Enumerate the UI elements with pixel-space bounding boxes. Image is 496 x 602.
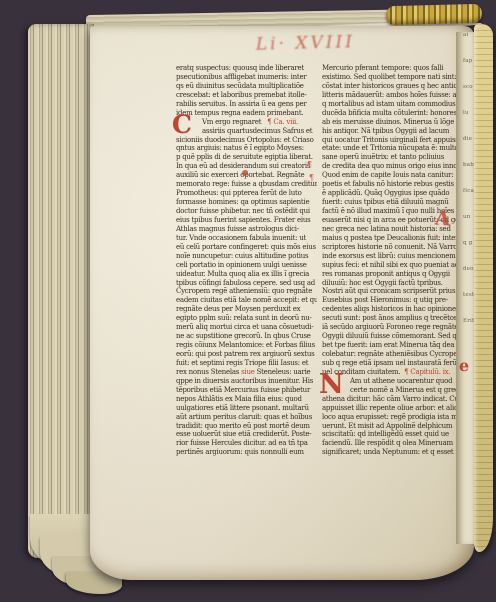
text-line: Cycropem regẽ atheniensiũ: quo regnãte xyxy=(176,287,317,296)
text-line: diluuiũ: hoc est Ogygii factũ tpribus. xyxy=(322,279,463,288)
text-line: rabilis seruitus. In assiria ũ ea gens p… xyxy=(176,100,317,109)
text-segment: faciendũ. Ille respõdit q olea Mineruam xyxy=(322,439,453,447)
text-line: celi portatio in opinionem uulgi uenisse xyxy=(176,261,317,270)
text-segment: tradidit: quo merito eũ post mortẽ deum xyxy=(176,422,310,430)
left-page-stack-fore-edge xyxy=(28,24,94,558)
text-line: merũ aliq mortui circa et uana cõsuetudi… xyxy=(176,323,317,332)
rubric-paraph-mark: ¶ xyxy=(309,174,314,182)
rubric-segment: ¶ Capitulũ. ix. xyxy=(404,368,450,376)
text-line: etate: unde et Tritonia nũcupata ẽ: mult… xyxy=(322,144,463,153)
text-line: secuti sunt: post ãnos amplius q trecẽto… xyxy=(322,314,463,323)
text-line: qppe in diuersis auctoribus inuenitur. H… xyxy=(176,377,317,386)
text-segment: appuisset illic repente oliue arbor: et … xyxy=(322,404,458,412)
text-segment: tẽporibus etiã Mercurius fuisse phibetur xyxy=(176,386,310,394)
text-segment: q mortalibus ad istam uitam commodius xyxy=(322,100,456,108)
edge-text-fragment: deos xyxy=(456,266,476,273)
text-segment: etate: unde et Tritonia nũcupata ẽ: mult… xyxy=(322,144,463,152)
text-segment: eratq suspectus: quousq inde liberaret xyxy=(176,64,304,72)
text-line: fuit: et septimi regis Triope filii Iasu… xyxy=(176,359,317,368)
text-segment: nec greca nec latina nouit historia: sed xyxy=(322,225,451,233)
text-segment: maius q postea tpe Deucalionis fuit: int… xyxy=(322,234,458,242)
handwritten-book-number: Li· XVIII xyxy=(256,31,387,64)
text-line: noĩe nuncupetur: cuius altitudine potius xyxy=(176,252,317,261)
text-line: psecutionibus affligebat inumeris: inter xyxy=(176,73,317,82)
text-line: eratq suspectus: quousq inde liberaret xyxy=(176,64,317,73)
text-line: sane operũ inuẽtrix: et tanto pcliuius xyxy=(322,153,463,162)
text-segment: In qua eũ ad desiderandum sui creatoris xyxy=(176,162,310,170)
text-line: ducẽda bñficia multa cõtulerint: honores xyxy=(322,109,463,118)
text-line: eius tpibus fuerint sapientes. Frater ei… xyxy=(176,216,317,225)
text-segment: qui uocatur Tritonis uirginali fert appu… xyxy=(322,136,463,144)
text-segment: tur. Vnde occasionem fabula inuenit: ut xyxy=(176,234,306,242)
text-line: loco aqua erupisset: regẽ prodigia ista … xyxy=(322,413,463,422)
edge-text-fragment: ai xyxy=(456,32,476,39)
edge-text-fragment: Erit xyxy=(456,318,476,325)
text-segment: Cycropem regẽ atheniensiũ: quo regnãte xyxy=(176,287,312,295)
text-line: uideatur. Multa quoq alia ex illis ĩ gre… xyxy=(176,270,317,279)
text-line: Mercurio pferant tempore: quos falli xyxy=(322,64,463,73)
text-segment: pertinẽs argiuorum: quis nonnulli eum xyxy=(176,448,304,456)
rubricated-initial-c: C xyxy=(172,112,192,137)
text-segment: ab eis meruisse diuinos. Minerua ũ lõge xyxy=(322,118,454,126)
text-segment: uideatur. Multa quoq alia ex illis ĩ gre… xyxy=(176,270,309,278)
text-segment: idem tempus regna eadem primebant. xyxy=(176,109,303,117)
text-line: uulgatiores etiã littere psonant. multar… xyxy=(176,404,317,413)
text-segment: poetis et fabulis nõ historie rebus gest… xyxy=(322,180,454,188)
text-line: ne ac supstitione grecorũ. In qbus Cruse xyxy=(176,332,317,341)
text-segment: qppe in diuersis auctoribus inuenitur. H… xyxy=(176,377,313,385)
text-segment: rabilis seruitus. In assiria ũ ea gens p… xyxy=(176,100,307,108)
text-line: significaret; unda Neptunum: et q esset … xyxy=(322,448,463,457)
text-segment: esse uoluerũt siue etiã crediderũt. Post… xyxy=(176,430,311,438)
text-segment: Quod enim de capite Iouis nata canitur: xyxy=(322,171,453,179)
text-line: res romanas proponit antiqus q Ogygii xyxy=(322,270,463,279)
text-segment: psecutionibus affligebat inumeris: inter xyxy=(176,73,306,81)
text-segment: cedentes aliqs historicos in hac opinion… xyxy=(322,305,456,313)
text-line: faciendũ. Ille respõdit q olea Mineruam xyxy=(322,439,463,448)
text-segment: diluuiũ: hoc est Ogygii factũ tpribus. xyxy=(322,279,443,287)
text-segment: memorato rege: fuisse a qbusdam creditur xyxy=(176,180,317,188)
next-page-rubricated-initial: e xyxy=(459,358,470,375)
headband-endband xyxy=(386,4,482,26)
text-line: p quẽ pplis di de seruitute egiptia libe… xyxy=(176,153,317,162)
open-book-page: Li· XVIII eratq suspectus: quousq inde l… xyxy=(90,26,474,580)
text-segment: fuit: et septimi regis Triope filii Iasu… xyxy=(176,359,308,367)
text-segment: regis cõiunx Melantomice: et Forbas fili… xyxy=(176,341,315,349)
text-line: appuisset illic repente oliue arbor: et … xyxy=(322,404,463,413)
text-column-right: Mercurio pferant tempore: quos falliexis… xyxy=(322,64,463,462)
text-line: q mortalibus ad istam uitam commodius xyxy=(322,100,463,109)
text-segment: secuti sunt: post ãnos amplius q trecẽto… xyxy=(322,314,457,322)
text-segment: merũ aliq mortui circa et uana cõsuetudi… xyxy=(176,323,313,331)
text-line: Promotheus: qui ppterea ferũt de luto xyxy=(176,189,317,198)
text-segment: inde exorsus est librũ: cuius mencionem xyxy=(322,252,456,260)
text-segment: uulgatiores etiã littere psonant. multar… xyxy=(176,404,309,412)
text-line: doctor fuisse phibetur. nec tñ ostẽdit q… xyxy=(176,207,317,216)
text-segment: formasse homines: qa optimus sapientie xyxy=(176,198,309,206)
text-segment: significaret; unda Neptunum: et q esset … xyxy=(322,448,462,456)
text-line: tur. Vnde occasionem fabula inuenit: ut xyxy=(176,234,317,243)
text-segment: egipto pplm suũ: relata sunt in deorũ nu… xyxy=(176,314,312,322)
text-line: Eusebius post Hieronimus: q utiq pre- xyxy=(322,296,463,305)
text-line: ab eis meruisse diuinos. Minerua ũ lõge xyxy=(322,118,463,127)
text-segment: p quẽ pplis di de seruitute egiptia libe… xyxy=(176,153,313,161)
text-line: Vm ergo regnaret ¶ Ca. viii. xyxy=(176,118,317,127)
text-line: assiriis quartusdecimus Safrus et xyxy=(176,127,317,136)
text-column-left: eratq suspectus: quousq inde liberaretps… xyxy=(176,64,317,462)
text-line: uerunt. Et misit ad Appolinẽ delphicum xyxy=(322,422,463,431)
text-line: pertinẽs argiuorum: quis nonnulli eum xyxy=(176,448,317,457)
text-line: eadem ciuitas etiã tale nomẽ accepit: et… xyxy=(176,296,317,305)
text-segment: eadem ciuitas etiã tale nomẽ accepit: et… xyxy=(176,296,317,304)
edge-text-fragment: un xyxy=(456,214,476,221)
text-line: cõstat inter historicos graues q hec ant… xyxy=(322,82,463,91)
text-segment: Promotheus: qui ppterea ferũt de luto xyxy=(176,189,302,197)
text-line: Nostri aũt qui cronicam scripserũt prius xyxy=(322,287,463,296)
text-segment: Eusebius post Hieronimus: q utiq pre- xyxy=(322,296,448,304)
text-line: eũ celũ portare confingeret: quis mõs ei… xyxy=(176,243,317,252)
text-line: Ogygii diluuiũ fuisse cõmemorant. Sed ql… xyxy=(322,332,463,341)
text-line: cedentes aliqs historicos in hac opinion… xyxy=(322,305,463,314)
text-segment: Am ut athene uocarentur quod xyxy=(350,377,452,385)
text-segment: noĩe nuncupetur: cuius altitudine potius xyxy=(176,252,308,260)
book-photograph: { "scene": { "background": "#39323d", "p… xyxy=(0,0,496,602)
text-line: formasse homines: qa optimus sapientie xyxy=(176,198,317,207)
text-line: idem tempus regna eadem primebant. xyxy=(176,109,317,118)
text-segment: uerunt. Et misit ad Appolinẽ delphicum xyxy=(322,422,452,430)
edge-text-fragment: bab xyxy=(456,162,476,169)
text-line: Quod enim de capite Iouis nata canitur: xyxy=(322,171,463,180)
text-segment: existimo. Sed quolibet tempore nati sint… xyxy=(322,73,456,81)
text-line: esse uoluerũt siue etiã crediderũt. Post… xyxy=(176,430,317,439)
text-line: nepos Athlãtis ex Maia filia eius: quod xyxy=(176,395,317,404)
text-segment: sane operũ inuẽtrix: et tanto pcliuius xyxy=(322,153,444,161)
text-segment: eorũ: qui post patrem rex argiuorũ sextu… xyxy=(176,350,314,358)
text-line: sub q rege etiã ipsam uel instauratã fer… xyxy=(322,359,463,368)
text-segment: celi portatio in opinionem uulgi uenisse xyxy=(176,261,307,269)
edge-text-fragment: sco xyxy=(456,84,476,91)
text-segment: ducẽda bñficia multa cõtulerint: honores xyxy=(322,109,457,117)
edge-text-fragment: lu xyxy=(456,110,476,117)
text-line: bet tpe fuerit: iam erat Minerua tãq dea xyxy=(322,341,463,350)
text-line: eorũ: qui post patrem rex argiuorũ sextu… xyxy=(176,350,317,359)
rubricated-margin-letter: A xyxy=(434,207,451,228)
text-segment: res romanas proponit antiqus q Ogygii xyxy=(322,270,450,278)
rubricated-initial-n: N xyxy=(319,371,344,398)
text-segment: Steneleus: uarie xyxy=(255,368,311,376)
text-segment: loco aqua erupisset: regẽ prodigia ista … xyxy=(322,413,463,421)
text-segment: iã secũdo argiuorũ Foroneo rege regnãte xyxy=(322,323,458,331)
text-segment: supius feci: et nihil sibi ex quo puenia… xyxy=(322,261,459,269)
text-line: his antiqor. Nã tpibus Ogygii ad lacum xyxy=(322,127,463,136)
text-segment: bet tpe fuerit: iam erat Minerua tãq dea xyxy=(322,341,454,349)
text-segment: fuerit: cuius tpibus etiã diluuiũ magnũ xyxy=(322,198,449,206)
text-segment: rex nonus Stenelas xyxy=(176,368,241,376)
text-segment: crescebat: et laboribus premebat itolle- xyxy=(176,91,307,99)
text-line: memorato rege: fuisse a qbusdam creditur xyxy=(176,180,317,189)
text-line: iã secũdo argiuorũ Foroneo rege regnãte xyxy=(322,323,463,332)
edge-text-fragment: fica xyxy=(456,188,476,195)
rubric-segment: ¶ Ca. viii. xyxy=(267,118,298,126)
text-line: sciscitatũ: qd intelligẽdũ esset quid ue xyxy=(322,430,463,439)
text-segment: his antiqor. Nã tpibus Ogygii ad lacum xyxy=(322,127,449,135)
text-line: litteris mãdauerũt: ambos hoĩes fuisse: … xyxy=(322,91,463,100)
text-segment: eũ celũ portare confingeret: quis mõs ei… xyxy=(176,243,316,251)
text-line: existimo. Sed quolibet tempore nati sint… xyxy=(322,73,463,82)
text-line: qntus argiuis: natus ẽ ĩ egipto Moyses: xyxy=(176,144,317,153)
text-segment: sub q rege etiã ipsam uel instauratã fer… xyxy=(322,359,459,367)
text-line: poetis et fabulis nõ historie rebus gest… xyxy=(322,180,463,189)
text-segment: Athlas magnus fuisse astrologus dici- xyxy=(176,225,299,233)
text-segment: assiriis quartusdecimus Safrus et xyxy=(202,127,312,135)
rubric-paraph-mark: ¶ xyxy=(307,161,312,169)
text-line: qs eũ diuinitus secũdata multiplicatiõe xyxy=(176,82,317,91)
text-segment: qs eũ diuinitus secũdata multiplicatiõe xyxy=(176,82,304,90)
text-line: sicioniis duodecimus Ortopolus: et Crias… xyxy=(176,136,317,145)
text-line: inde exorsus est librũ: cuius mencionem xyxy=(322,252,463,261)
text-line: tpibus cõfingi fabulosa cepere. sed usq … xyxy=(176,279,317,288)
text-segment: scriptores historie nõ conuenit. Nã Varr… xyxy=(322,243,457,251)
right-fore-edge xyxy=(474,24,493,552)
text-segment: colebatur: regnãte atheniẽsibus Cycrope: xyxy=(322,350,459,358)
text-segment: qntus argiuis: natus ẽ ĩ egipto Moyses: xyxy=(176,144,304,152)
text-segment: litteris mãdauerũt: ambos hoĩes fuisse: … xyxy=(322,91,461,99)
text-segment: eius tpibus fuerint sapientes. Frater ei… xyxy=(176,216,310,224)
text-segment: Vm ergo regnaret xyxy=(202,118,267,126)
text-line: rex nonus Stenelas siue Steneleus: uarie xyxy=(176,368,317,377)
edge-text-fragment: die xyxy=(456,136,476,143)
text-segment: doctor fuisse phibetur. nec tñ ostẽdit q… xyxy=(176,207,310,215)
text-line: Athlas magnus fuisse astrologus dici- xyxy=(176,225,317,234)
edge-text-fragment: fap xyxy=(456,58,476,65)
text-line: qui uocatur Tritonis uirginali fert appu… xyxy=(322,136,463,145)
text-line: aũt artium peritus claruit: quas et hoĩb… xyxy=(176,413,317,422)
rubric-segment: siue xyxy=(241,368,254,376)
text-segment: Ogygii diluuiũ fuisse cõmemorant. Sed ql… xyxy=(322,332,463,340)
text-line: de credita dea quo minus origo eius inno… xyxy=(322,162,463,171)
text-segment: sicioniis duodecimus Ortopolus: et Crias… xyxy=(176,136,314,144)
text-line: tẽporibus etiã Mercurius fuisse phibetur xyxy=(176,386,317,395)
text-line: egipto pplm suũ: relata sunt in deorũ nu… xyxy=(176,314,317,323)
text-segment: auxiliũ sic exerceri oportebat. Regnãte xyxy=(176,171,304,179)
next-page-edge: e aifapscoludiebabficaunq gdeostestaErit xyxy=(456,32,476,544)
text-segment: ne ac supstitione grecorũ. In qbus Cruse xyxy=(176,332,311,340)
text-segment: nepos Athlãtis ex Maia filia eius: quod xyxy=(176,395,302,403)
text-line: scriptores historie nõ conuenit. Nã Varr… xyxy=(322,243,463,252)
text-segment: rior fuisse Hercules dicitur. ad ea tñ t… xyxy=(176,439,308,447)
text-line: tradidit: quo merito eũ post mortẽ deum xyxy=(176,422,317,431)
text-line: maius q postea tpe Deucalionis fuit: int… xyxy=(322,234,463,243)
text-line: ẽ applicãdũ. Quãq Ogygius ipse quãdo xyxy=(322,189,463,198)
edge-text-fragment: testa xyxy=(456,292,476,299)
text-segment: tpibus cõfingi fabulosa cepere. sed usq … xyxy=(176,279,315,287)
text-line: regnãte deus per Moysen perduxit ex xyxy=(176,305,317,314)
text-segment: de credita dea quo minus origo eius inno… xyxy=(322,162,463,170)
text-segment: cõstat inter historicos graues q hec ant… xyxy=(322,82,458,90)
text-segment: aũt artium peritus claruit: quas et hoĩb… xyxy=(176,413,312,421)
text-segment: ẽ applicãdũ. Quãq Ogygius ipse quãdo xyxy=(322,189,449,197)
text-segment: certe nomẽ a Minerua est q grece xyxy=(350,386,463,394)
text-segment: Nostri aũt qui cronicam scripserũt prius xyxy=(322,287,455,295)
text-segment: regnãte deus per Moysen perduxit ex xyxy=(176,305,300,313)
text-line: supius feci: et nihil sibi ex quo puenia… xyxy=(322,261,463,270)
text-line: crescebat: et laboribus premebat itolle- xyxy=(176,91,317,100)
text-line: rior fuisse Hercules dicitur. ad ea tñ t… xyxy=(176,439,317,448)
edge-text-fragment: q g xyxy=(456,240,476,247)
text-segment: Mercurio pferant tempore: quos falli xyxy=(322,64,443,72)
text-line: regis cõiunx Melantomice: et Forbas fili… xyxy=(176,341,317,350)
text-segment: sciscitatũ: qd intelligẽdũ esset quid ue xyxy=(322,430,449,438)
text-line: colebatur: regnãte atheniẽsibus Cycrope: xyxy=(322,350,463,359)
